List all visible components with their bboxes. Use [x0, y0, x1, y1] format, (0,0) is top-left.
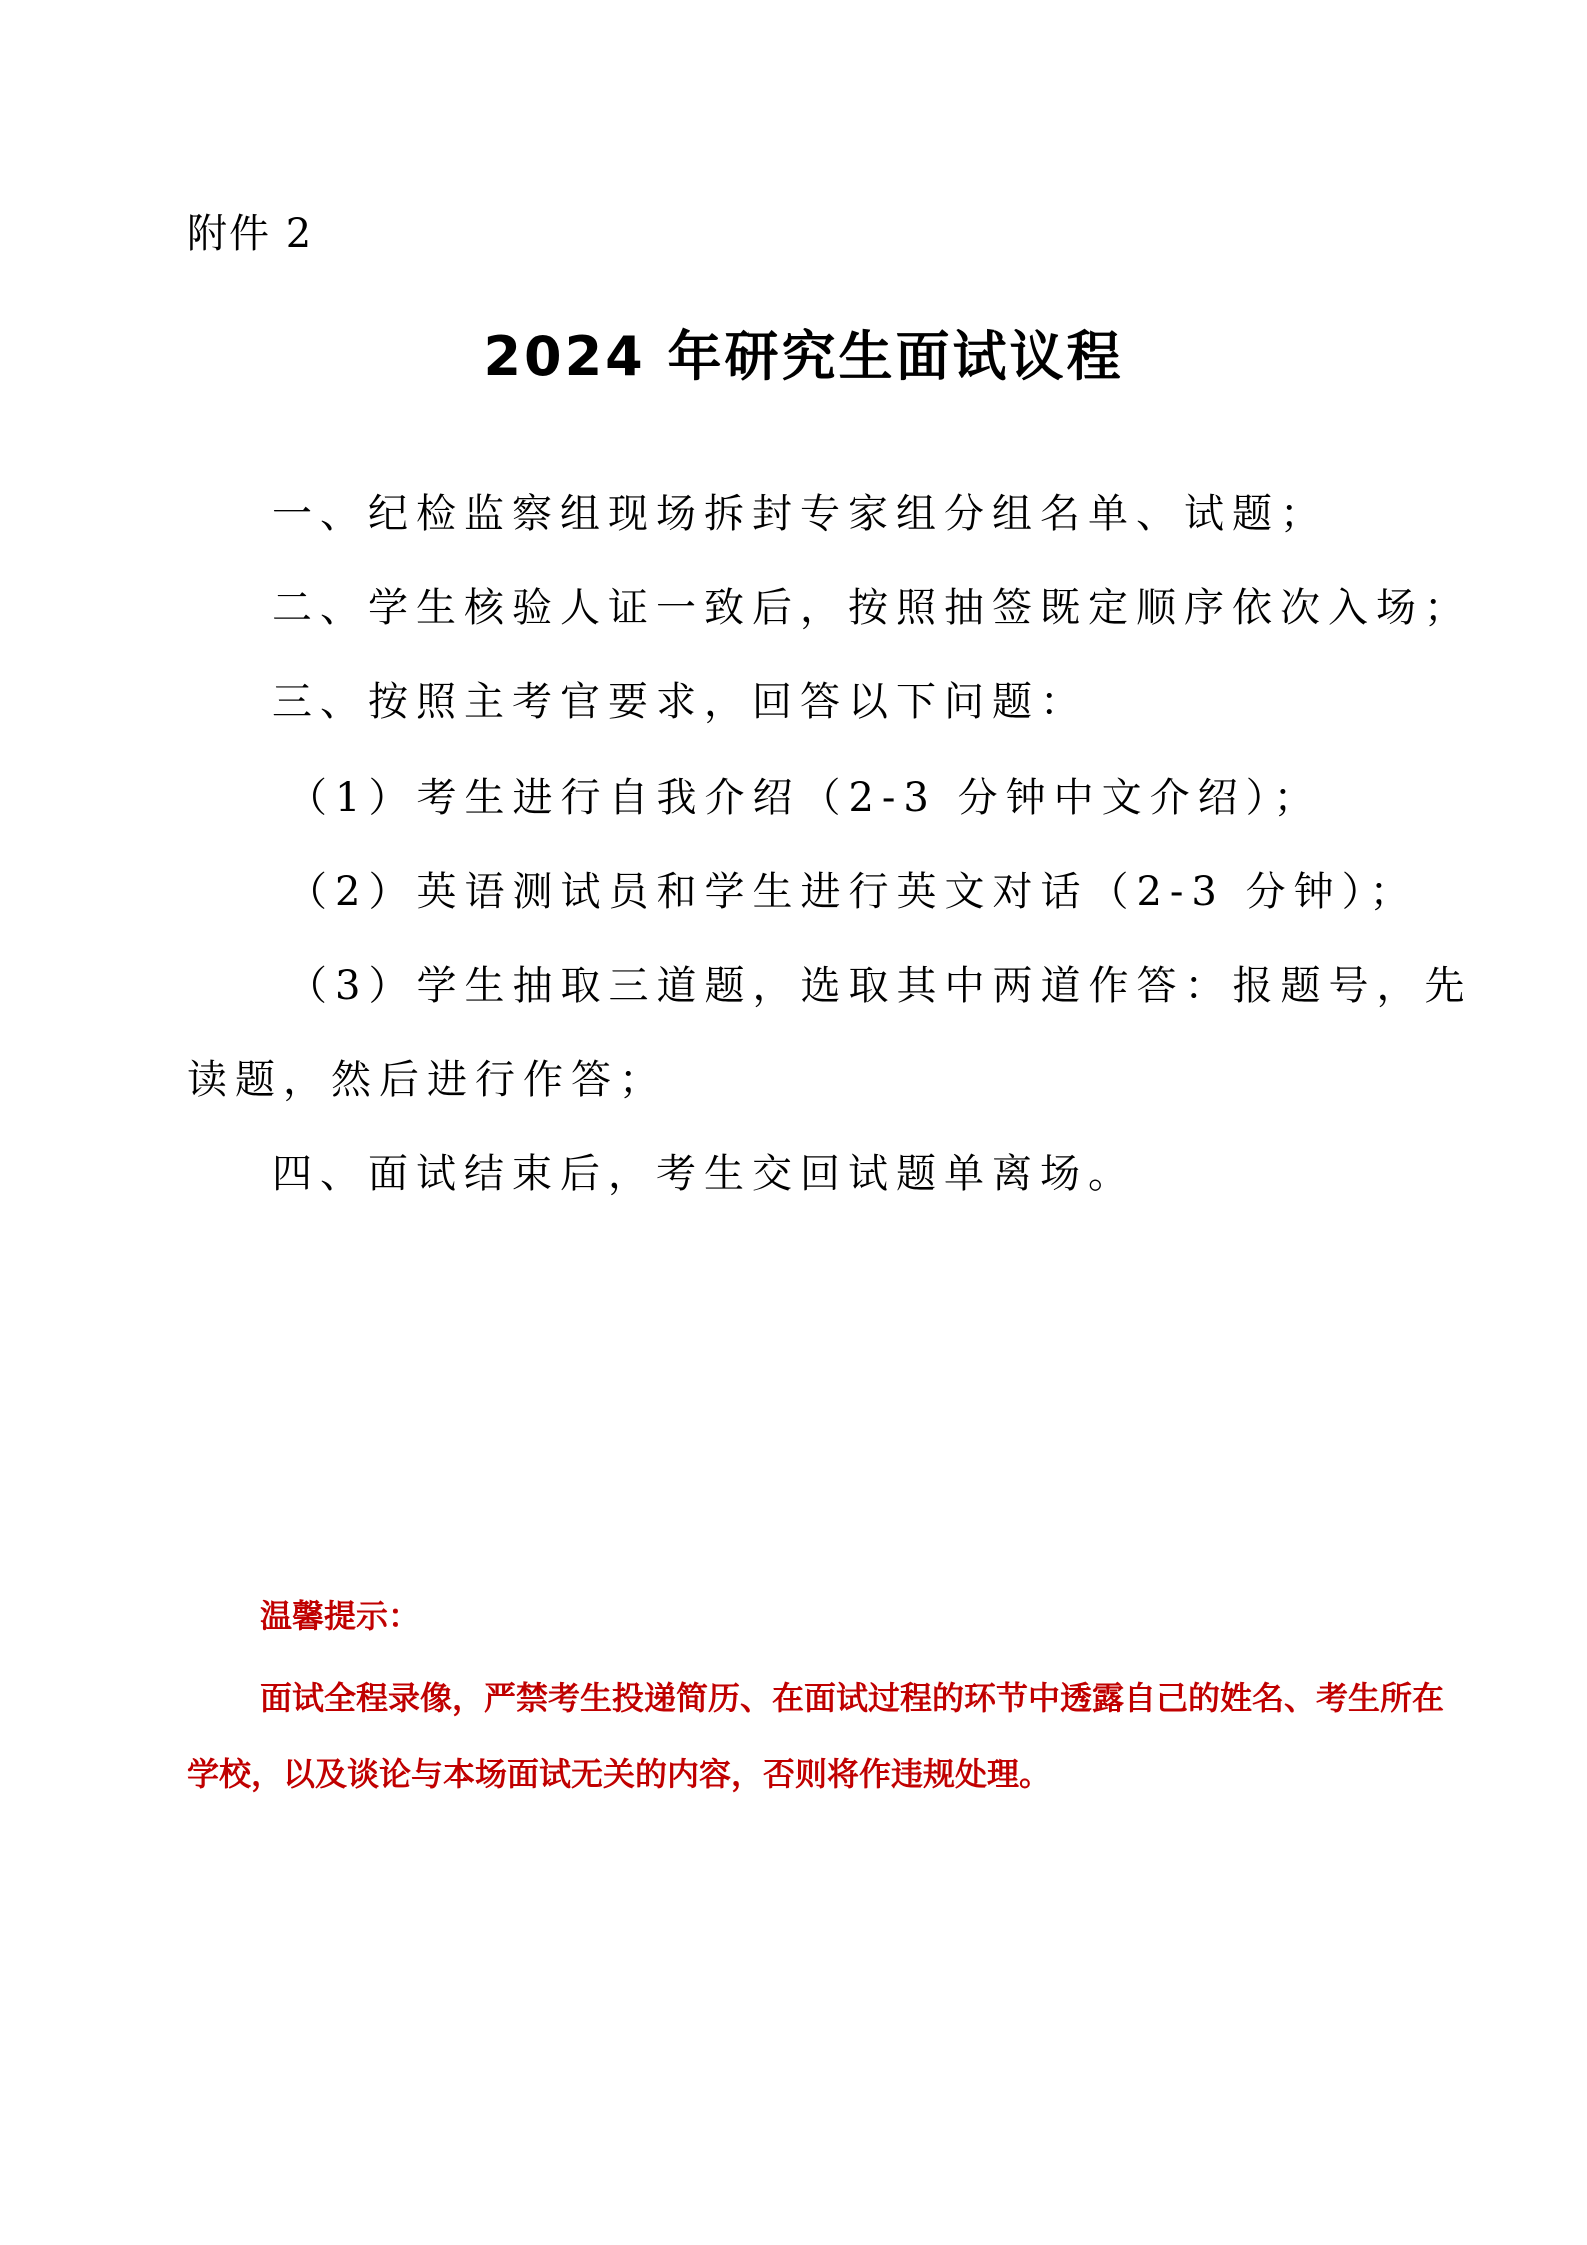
agenda-item-3: 三、按照主考官要求，回答以下问题： — [272, 674, 1088, 730]
agenda-item-2: 二、学生核验人证一致后，按照抽签既定顺序依次入场； — [272, 580, 1472, 636]
agenda-item-4: 四、面试结束后，考生交回试题单离场。 — [272, 1146, 1136, 1202]
document-page: 附件 2 2024 年研究生面试议程 一、纪检监察组现场拆封专家组分组名单、试题… — [0, 0, 1587, 2245]
document-title: 2024 年研究生面试议程 — [0, 322, 1587, 392]
notice-body: 面试全程录像，严禁考生投递简历、在面试过程的环节中透露自己的姓名、考生所在学校，… — [187, 1660, 1457, 1812]
agenda-item-1: 一、纪检监察组现场拆封专家组分组名单、试题； — [272, 486, 1328, 542]
attachment-label: 附件 2 — [187, 206, 313, 262]
agenda-subitem-2: （2）英语测试员和学生进行英文对话（2-3 分钟）； — [287, 864, 1418, 920]
agenda-subitem-1: （1）考生进行自我介绍（2-3 分钟中文介绍）； — [287, 770, 1322, 826]
agenda-subitem-3-line-1: （3）学生抽取三道题，选取其中两道作答：报题号，先 — [287, 958, 1472, 1014]
notice-title: 温馨提示： — [260, 1594, 420, 1638]
agenda-subitem-3-line-2: 读题，然后进行作答； — [187, 1052, 667, 1108]
